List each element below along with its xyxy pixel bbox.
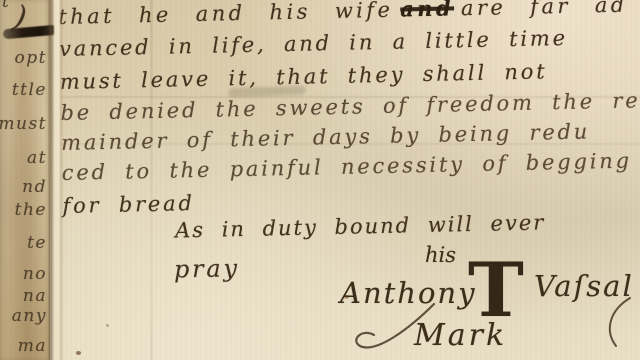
ink-speck [76,351,81,355]
manuscript-line-5: mainder of their days by being redu [61,119,591,155]
line-1-pre: that he and his wife [58,0,393,29]
manuscript-line-7: for bread [62,191,195,218]
margin-fragment: t [2,0,10,12]
manuscript-photo: that he and his wifeandare far ad vanced… [0,0,640,360]
adjacent-page-edge: t ) opt ttle must at nd the te no na any… [0,0,50,360]
signature-his-label: his [425,243,456,267]
manuscript-line-1: that he and his wifeandare far ad [58,0,628,29]
line-1-post: are far ad [461,0,628,20]
margin-fragment: the [15,200,47,220]
manuscript-line-3: must leave it, that they shall not [60,59,548,94]
margin-fragment: at [27,148,47,168]
ink-speck [106,324,109,327]
closing-line: As in duty bound will ever [175,210,546,242]
margin-fragment: na [23,286,47,306]
signature-flourish [350,302,442,358]
margin-fragment: opt [15,48,47,68]
pray-word: pray [174,254,241,283]
signature-t-mark: T [468,253,524,328]
margin-fragment: no [23,264,47,284]
margin-fragment: ma [18,336,47,356]
signature-flourish [600,296,640,348]
margin-fragment: nd [22,177,47,197]
struck-word: and [400,0,454,22]
margin-fragment: ttle [12,80,47,100]
margin-fragment: must [0,114,47,134]
page-seam [48,0,64,360]
margin-fragment: te [27,233,47,253]
margin-fragment: any [12,306,47,326]
manuscript-line-2: vanced in life, and in a little time [59,26,568,61]
manuscript-line-6: ced to the painful necessity of begging [62,149,633,185]
